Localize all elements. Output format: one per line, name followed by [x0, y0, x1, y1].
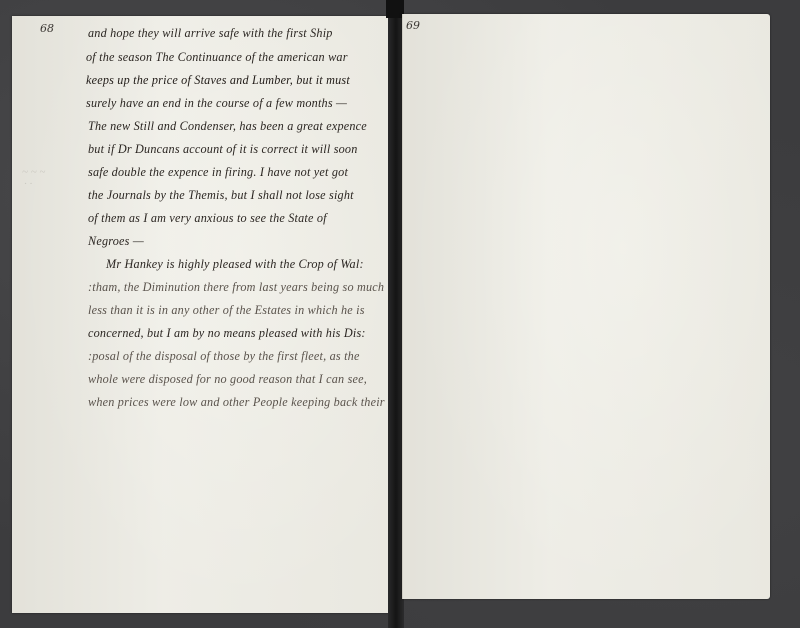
text-line: concerned, but I am by no means pleased …: [88, 326, 366, 341]
text-line: less than it is in any other of the Esta…: [88, 303, 365, 318]
text-line: but if Dr Duncans account of it is corre…: [88, 142, 358, 157]
text-line: keeps up the price of Staves and Lumber,…: [86, 73, 350, 88]
text-line: Negroes —: [88, 234, 144, 249]
text-line: surely have an end in the course of a fe…: [86, 96, 347, 111]
text-line: safe double the expence in firing. I hav…: [88, 165, 348, 180]
right-page: 69: [402, 14, 770, 599]
text-line: the Journals by the Themis, but I shall …: [88, 188, 354, 203]
page-number-right: 69: [406, 19, 420, 32]
page-number-left: 68: [40, 22, 54, 35]
manuscript-scan: 68 ~ ~ ~ · · and hope they will arrive s…: [0, 0, 800, 628]
text-line: when prices were low and other People ke…: [88, 395, 385, 410]
text-line: :tham, the Diminution there from last ye…: [88, 280, 384, 295]
text-line: Mr Hankey is highly pleased with the Cro…: [106, 257, 364, 272]
left-page: 68 ~ ~ ~ · · and hope they will arrive s…: [12, 16, 392, 613]
bleed-through-text: · ·: [24, 178, 32, 190]
text-line: whole were disposed for no good reason t…: [88, 372, 367, 387]
text-line: :posal of the disposal of those by the f…: [88, 349, 360, 364]
text-line: and hope they will arrive safe with the …: [88, 26, 333, 41]
bleed-through-text: ~ ~ ~: [22, 166, 45, 178]
text-line: of the season The Continuance of the ame…: [86, 50, 348, 65]
text-line: The new Still and Condenser, has been a …: [88, 119, 367, 134]
text-line: of them as I am very anxious to see the …: [88, 211, 327, 226]
